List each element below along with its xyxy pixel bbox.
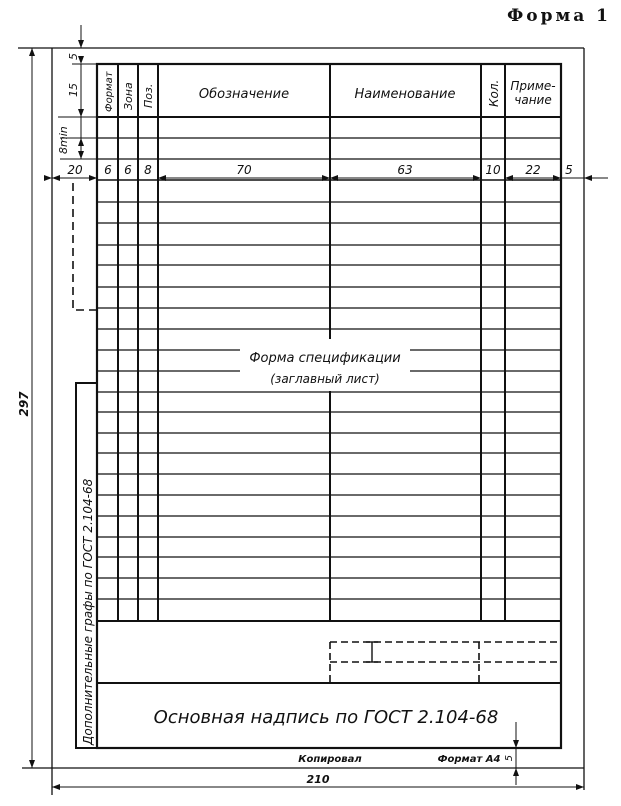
dim-left-margin: 20 bbox=[67, 163, 83, 177]
dim-bottom-margin: 5 bbox=[504, 755, 515, 761]
dim-col-zone: 6 bbox=[124, 163, 132, 177]
dim-header-height: 15 bbox=[67, 83, 80, 97]
dim-col-quantity: 10 bbox=[485, 163, 501, 177]
dim-right-margin: 5 bbox=[565, 163, 573, 177]
header-designation: Обозначение bbox=[199, 87, 289, 102]
header-position: Поз. bbox=[142, 84, 155, 108]
side-strip-label: Дополнительные графы по ГОСТ 2.104-68 bbox=[81, 478, 95, 746]
footer-format: Формат А4 bbox=[438, 754, 501, 765]
dim-top-margin: 5 bbox=[67, 53, 80, 60]
dim-col-name: 63 bbox=[397, 163, 412, 177]
center-subtitle: (заглавный лист) bbox=[270, 372, 380, 386]
dim-row-height: 8min bbox=[57, 126, 70, 154]
dim-col-note: 22 bbox=[525, 163, 540, 177]
header-note-line2: чание bbox=[514, 93, 551, 107]
specification-drawing: Формат Зона Поз. Обозначение Наименовани… bbox=[0, 0, 621, 806]
stamp-label: Основная надпись по ГОСТ 2.104-68 bbox=[154, 707, 499, 728]
dimension-labels: 5 15 8min 20 6 6 8 70 63 10 22 5 297 210… bbox=[17, 53, 573, 786]
header-zone: Зона bbox=[122, 82, 135, 110]
stamp-area bbox=[97, 642, 561, 683]
header-quantity: Кол. bbox=[487, 80, 501, 107]
dim-col-designation: 70 bbox=[236, 163, 252, 177]
center-title: Форма спецификации bbox=[249, 351, 400, 366]
footer-copied: Копировал bbox=[298, 754, 362, 765]
header-format: Формат bbox=[104, 70, 115, 112]
dim-col-position: 8 bbox=[144, 163, 152, 177]
header-name: Наименование bbox=[354, 87, 455, 102]
dim-sheet-height: 297 bbox=[17, 391, 31, 417]
dim-col-format: 6 bbox=[104, 163, 112, 177]
dim-sheet-width: 210 bbox=[307, 773, 330, 786]
header-note-line1: Приме- bbox=[510, 79, 555, 93]
